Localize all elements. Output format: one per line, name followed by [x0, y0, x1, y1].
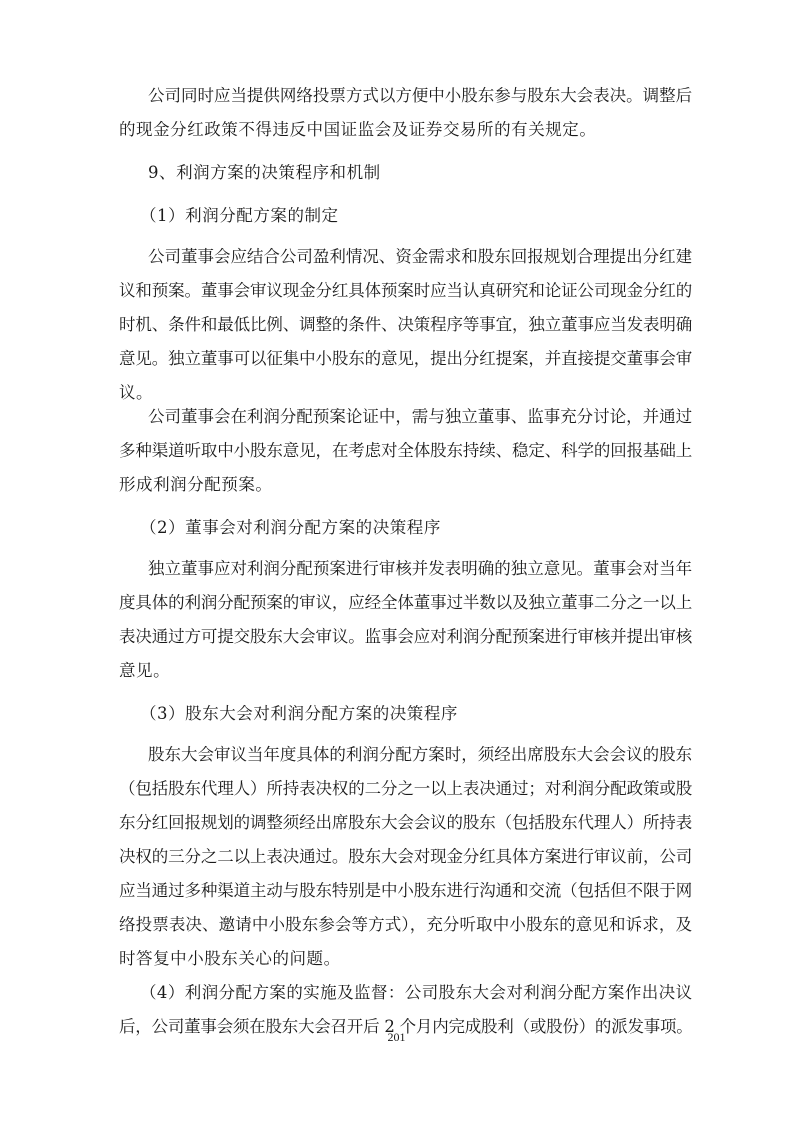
text-line: 意见。: [119, 661, 170, 681]
page-number: 201: [0, 1030, 793, 1045]
text-line: 独立董事应对利润分配预案进行审核并发表明确的独立意见。董事会对当年: [148, 559, 692, 579]
text-line: 公司董事会在利润分配预案论证中，需与独立董事、监事充分讨论，并通过: [148, 407, 692, 427]
text-line: 时机、条件和最低比例、调整的条件、决策程序等事宜，独立董事应当发表明确: [119, 315, 692, 335]
text-line: （3）股东大会对利润分配方案的决策程序: [140, 704, 458, 724]
text-line: 络投票表决、邀请中小股东参会等方式），充分听取中小股东的意见和诉求，及: [119, 915, 692, 935]
text-line: 应当通过多种渠道主动与股东特别是中小股东进行沟通和交流（包括但不限于网: [119, 881, 692, 901]
text-line: 度具体的利润分配预案的审议，应经全体董事过半数以及独立董事二分之一以上: [119, 593, 692, 613]
text-line: 东分红回报规划的调整须经出席股东大会会议的股东（包括股东代理人）所持表: [119, 813, 692, 833]
text-line: 公司同时应当提供网络投票方式以方便中小股东参与股东大会表决。调整后: [148, 86, 692, 106]
text-line: 9、利润方案的决策程序和机制: [148, 163, 381, 183]
text-line: （包括股东代理人）所持表决权的二分之一以上表决通过；对利润分配政策或股: [119, 779, 692, 799]
text-line: 股东大会审议当年度具体的利润分配方案时，须经出席股东大会会议的股东: [148, 745, 692, 765]
text-line: （1）利润分配方案的制定: [140, 206, 339, 226]
text-line: 的现金分红政策不得违反中国证监会及证券交易所的有关规定。: [119, 120, 596, 140]
text-line: 公司董事会应结合公司盈利情况、资金需求和股东回报规划合理提出分红建: [148, 247, 692, 267]
text-line: （4）利润分配方案的实施及监督：公司股东大会对利润分配方案作出决议: [140, 983, 693, 1003]
text-line: 意见。独立董事可以征集中小股东的意见，提出分红提案，并直接提交董事会审: [119, 349, 692, 369]
text-line: 时答复中小股东关心的问题。: [119, 949, 341, 969]
text-line: 形成利润分配预案。: [119, 475, 272, 495]
text-line: 议和预案。董事会审议现金分红具体预案时应当认真研究和论证公司现金分红的: [119, 281, 692, 301]
text-line: 议。: [119, 383, 153, 403]
text-line: 决权的三分之二以上表决通过。股东大会对现金分红具体方案进行审议前，公司: [119, 847, 692, 867]
text-line: 表决通过方可提交股东大会审议。监事会应对利润分配预案进行审核并提出审核: [119, 627, 692, 647]
text-line: （2）董事会对利润分配方案的决策程序: [140, 518, 441, 538]
text-line: 多种渠道听取中小股东意见，在考虑对全体股东持续、稳定、科学的回报基础上: [119, 441, 692, 461]
